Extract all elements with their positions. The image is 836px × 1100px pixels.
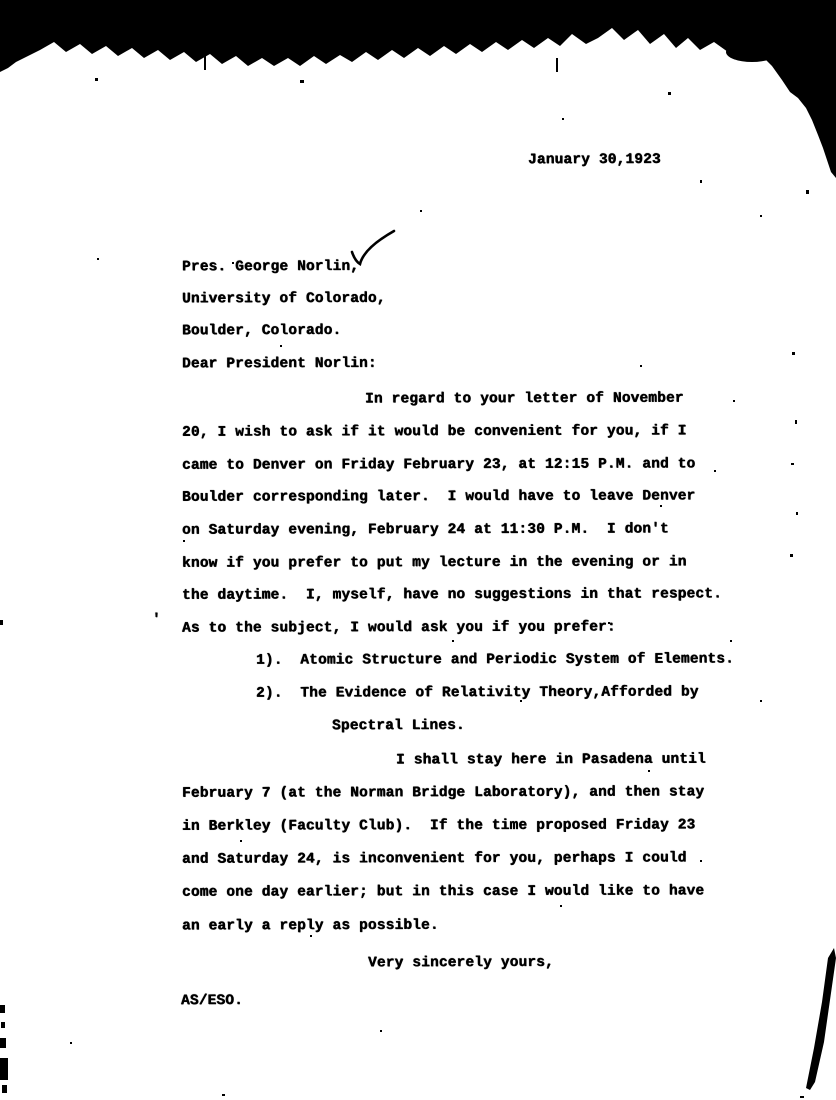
body-line: Boulder corresponding later. I would hav… bbox=[182, 488, 695, 506]
typist-initials: AS/ESO. bbox=[181, 993, 243, 1010]
recipient-line-name: Pres. George Norlin, bbox=[182, 259, 359, 276]
body-line: come one day earlier; but in this case I… bbox=[182, 883, 704, 901]
body-line: an early a reply as possible. bbox=[182, 918, 439, 935]
body-line: 20, I wish to ask if it would be conveni… bbox=[182, 423, 687, 441]
scan-noise-right-streak bbox=[790, 352, 836, 1098]
body-line: the daytime. I, myself, have no suggesti… bbox=[182, 586, 722, 604]
body-line: know if you prefer to put my lecture in … bbox=[182, 554, 687, 572]
body-line: in Berkley (Faculty Club). If the time p… bbox=[182, 817, 695, 835]
letter-date: January 30,1923 bbox=[528, 152, 661, 169]
scan-noise-left-edge bbox=[0, 620, 8, 1093]
closing-line: Very sincerely yours, bbox=[368, 955, 554, 972]
scanned-letter-page: January 30,1923 Pres. George Norlin, Uni… bbox=[0, 0, 836, 1100]
scan-noise-specks bbox=[70, 118, 762, 1096]
list-item-line: Spectral Lines. bbox=[332, 718, 465, 735]
scan-noise-layer bbox=[0, 0, 836, 1100]
body-line: came to Denver on Friday February 23, at… bbox=[182, 456, 695, 474]
margin-tick: ' bbox=[152, 612, 161, 629]
list-item-line: 2). The Evidence of Relativity Theory,Af… bbox=[256, 684, 699, 702]
body-line: and Saturday 24, is inconvenient for you… bbox=[182, 850, 687, 868]
recipient-line-city: Boulder, Colorado. bbox=[182, 323, 341, 340]
body-line: I shall stay here in Pasadena until bbox=[396, 752, 706, 769]
body-line: As to the subject, I would ask you if yo… bbox=[182, 619, 616, 637]
recipient-line-institution: University of Colorado, bbox=[182, 291, 386, 308]
body-line: In regard to your letter of November bbox=[365, 391, 684, 409]
scan-noise-top-band bbox=[0, 0, 836, 194]
body-line: on Saturday evening, February 24 at 11:3… bbox=[182, 521, 669, 539]
salutation: Dear President Norlin: bbox=[182, 356, 377, 373]
list-item-line: 1). Atomic Structure and Periodic System… bbox=[256, 651, 734, 669]
body-line: February 7 (at the Norman Bridge Laborat… bbox=[182, 784, 704, 802]
